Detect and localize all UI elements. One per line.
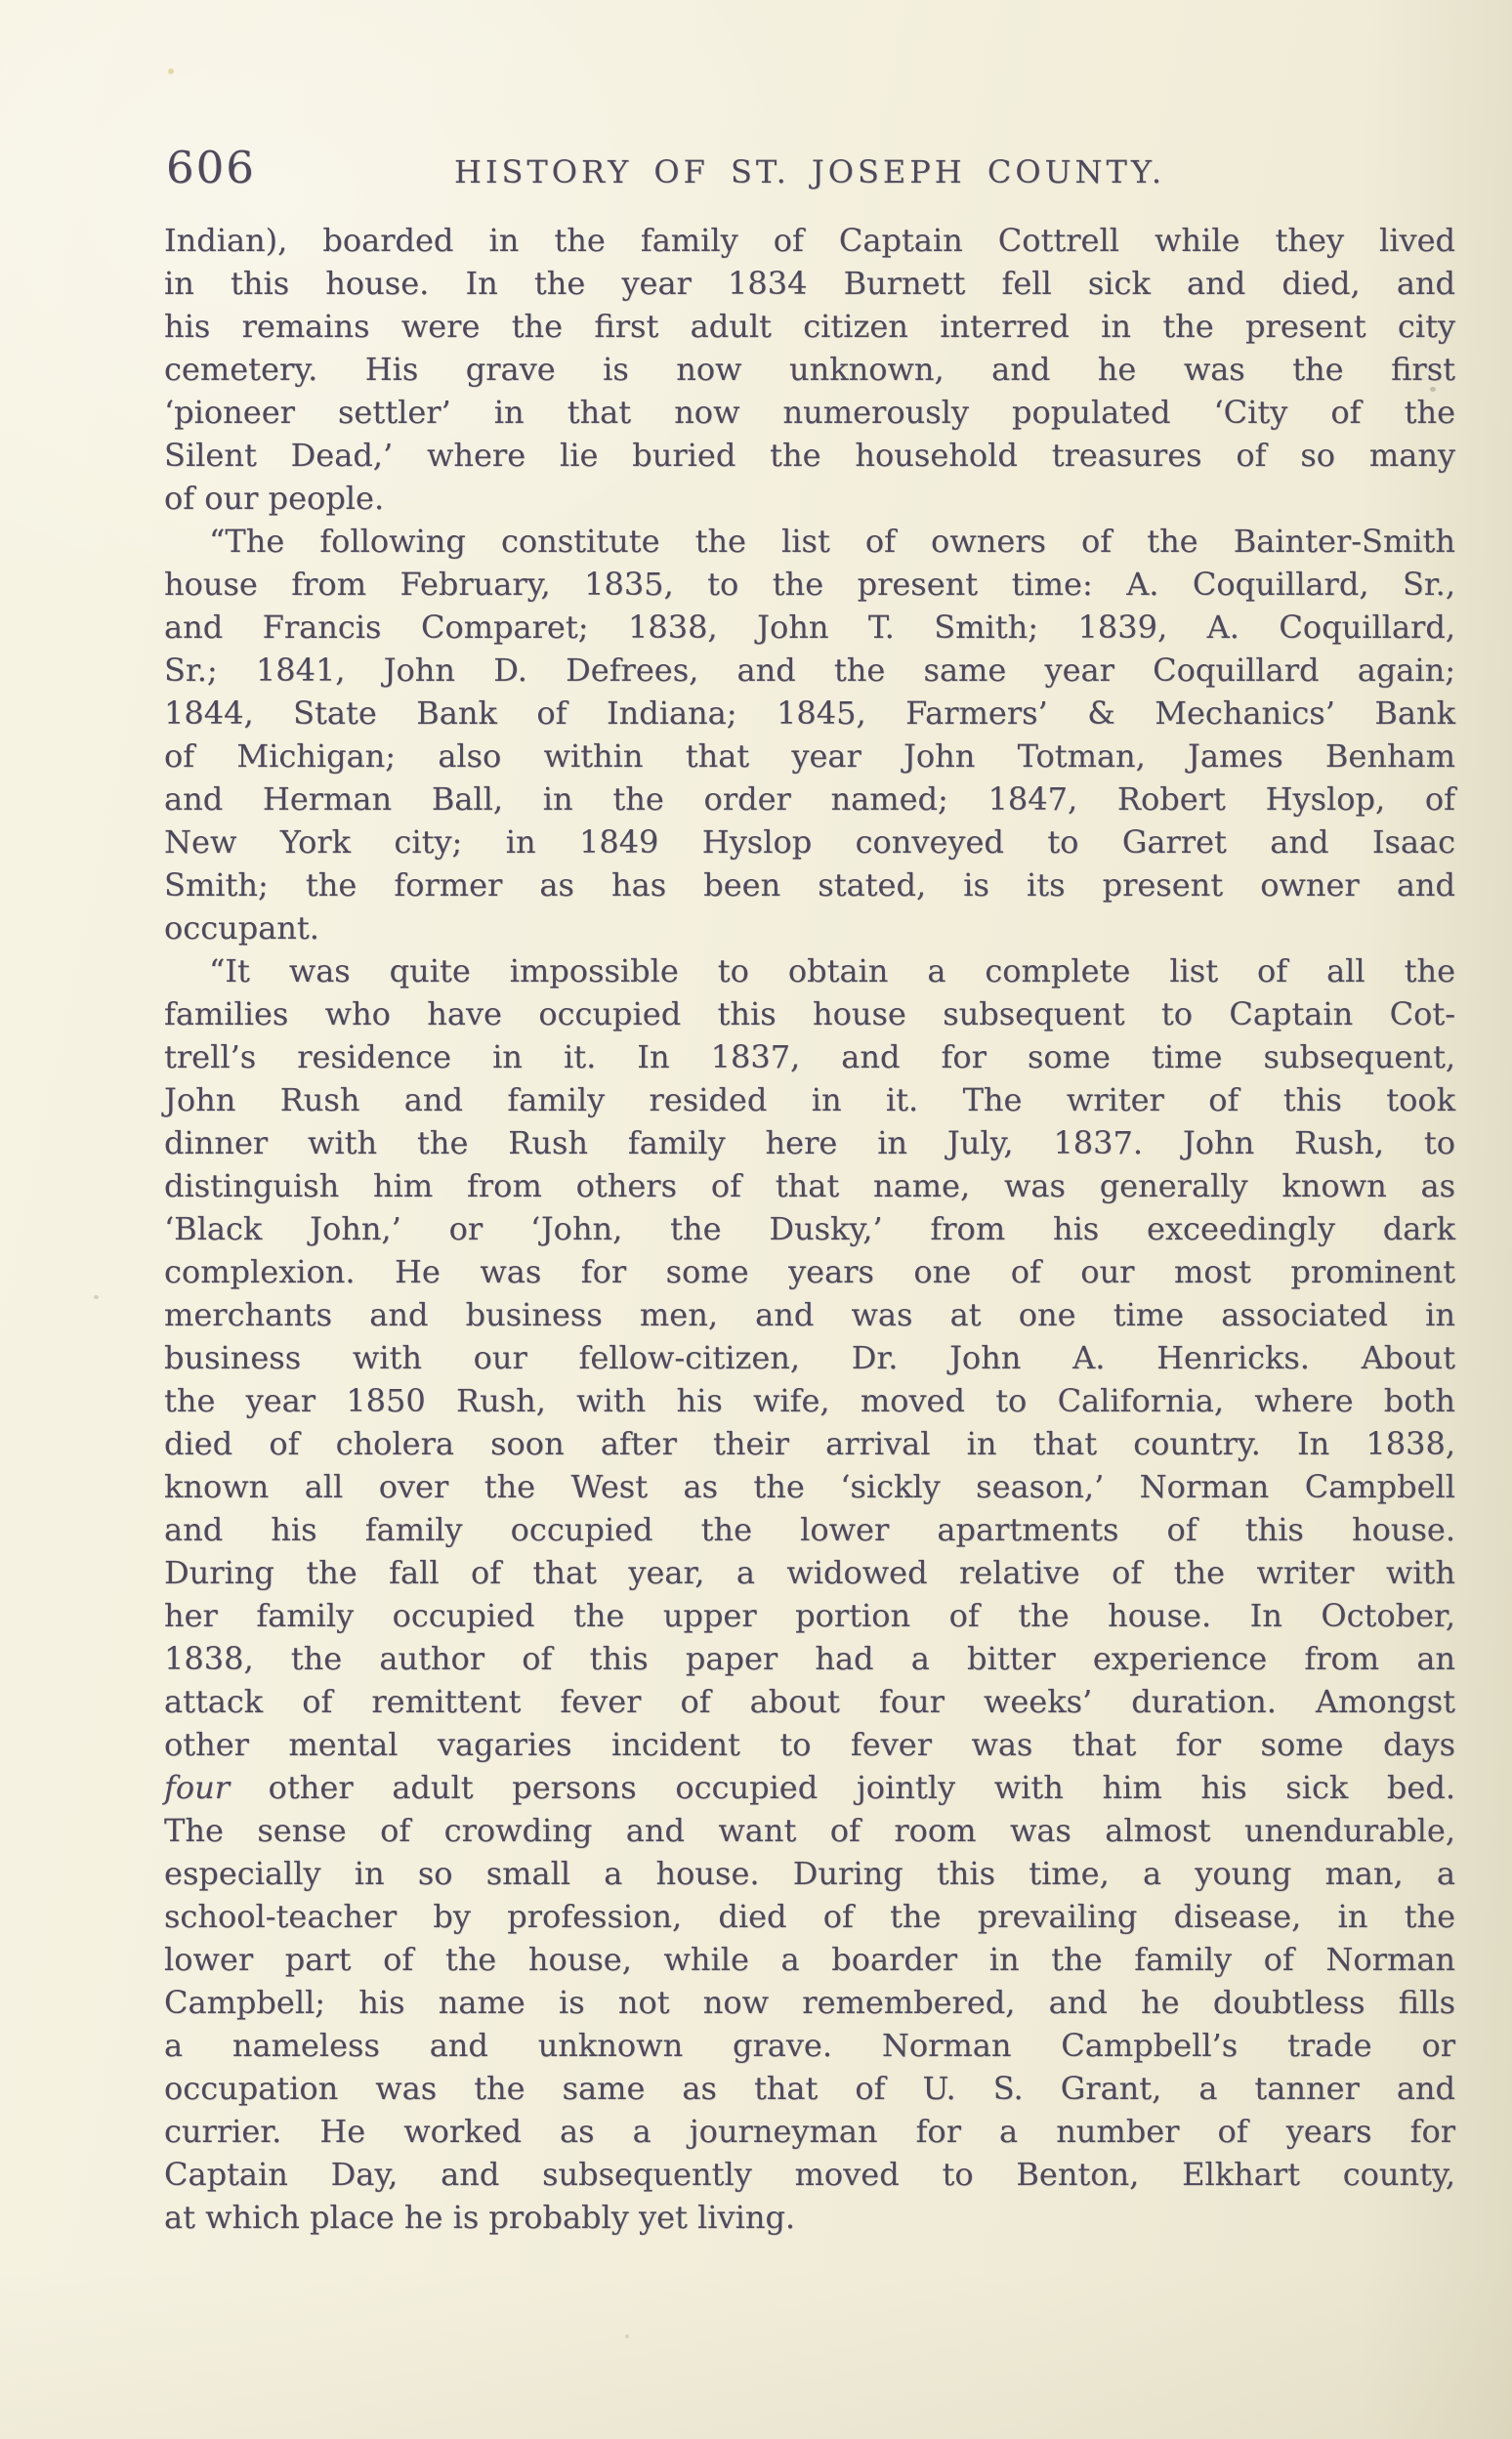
text-line: and his family occupied the lower apartm… [164, 1508, 1455, 1551]
page-text: Indian), boarded in the family of Captai… [164, 219, 1455, 2239]
text-line: four other adult persons occupied jointl… [164, 1766, 1455, 1809]
text-line: merchants and business men, and was at o… [164, 1293, 1455, 1336]
text-line: families who have occupied this house su… [164, 992, 1455, 1035]
text-line: 1844, State Bank of Indiana; 1845, Farme… [164, 692, 1455, 735]
text-line: complexion. He was for some years one of… [164, 1250, 1455, 1293]
text-line: The sense of crowding and want of room w… [164, 1809, 1455, 1852]
text-line: her family occupied the upper portion of… [164, 1594, 1455, 1637]
text-line: dinner with the Rush family here in July… [164, 1121, 1455, 1164]
text-line: of our people. [164, 477, 1455, 520]
text-line: “It was quite impossible to obtain a com… [164, 949, 1455, 992]
book-page: 606 HISTORY OF ST. JOSEPH COUNTY. Indian… [0, 0, 1512, 2439]
text-line: New York city; in 1849 Hyslop conveyed t… [164, 820, 1455, 863]
text-line: died of cholera soon after their arrival… [164, 1422, 1455, 1465]
page-header: 606 HISTORY OF ST. JOSEPH COUNTY. [164, 145, 1455, 195]
italic-word: four [164, 1769, 230, 1806]
text-line: Sr.; 1841, John D. Defrees, and the same… [164, 649, 1455, 692]
text-line: known all over the West as the ‘sickly s… [164, 1465, 1455, 1508]
text-line: Indian), boarded in the family of Captai… [164, 219, 1455, 262]
text-line: and Herman Ball, in the order named; 184… [164, 778, 1455, 820]
paper-speck [168, 68, 174, 74]
text-line: ‘Black John,’ or ‘John, the Dusky,’ from… [164, 1207, 1455, 1250]
text-line: During the fall of that year, a widowed … [164, 1551, 1455, 1594]
text-line: the year 1850 Rush, with his wife, moved… [164, 1379, 1455, 1422]
text-line: a nameless and unknown grave. Norman Cam… [164, 2024, 1455, 2067]
paper-speck [94, 1295, 99, 1299]
text-line: other mental vagaries incident to fever … [164, 1723, 1455, 1766]
text-line: lower part of the house, while a boarder… [164, 1938, 1455, 1981]
paper-speck [625, 2334, 629, 2338]
text-line: 1838, the author of this paper had a bit… [164, 1637, 1455, 1680]
text-line: in this house. In the year 1834 Burnett … [164, 262, 1455, 305]
text-run: other adult persons occupied jointly wit… [230, 1769, 1455, 1806]
text-line: of Michigan; also within that year John … [164, 735, 1455, 778]
text-line: and Francis Comparet; 1838, John T. Smit… [164, 606, 1455, 649]
text-line: occupation was the same as that of U. S.… [164, 2067, 1455, 2110]
text-line: house from February, 1835, to the presen… [164, 563, 1455, 606]
text-line: business with our fellow-citizen, Dr. Jo… [164, 1336, 1455, 1379]
text-line: distinguish him from others of that name… [164, 1164, 1455, 1207]
text-line: school-teacher by profession, died of th… [164, 1895, 1455, 1938]
text-line: currier. He worked as a journeyman for a… [164, 2110, 1455, 2153]
text-line: Silent Dead,’ where lie buried the house… [164, 434, 1455, 477]
text-line: ‘pioneer settler’ in that now numerously… [164, 391, 1455, 434]
text-line: attack of remittent fever of about four … [164, 1680, 1455, 1723]
text-line: Captain Day, and subsequently moved to B… [164, 2153, 1455, 2196]
text-line: “The following constitute the list of ow… [164, 520, 1455, 563]
running-title: HISTORY OF ST. JOSEPH COUNTY. [164, 152, 1455, 191]
text-line: especially in so small a house. During t… [164, 1852, 1455, 1895]
text-line: his remains were the first adult citizen… [164, 305, 1455, 348]
text-line: occupant. [164, 906, 1455, 949]
text-line: Campbell; his name is not now remembered… [164, 1981, 1455, 2024]
text-line: cemetery. His grave is now unknown, and … [164, 348, 1455, 391]
text-line: John Rush and family resided in it. The … [164, 1078, 1455, 1121]
text-line: at which place he is probably yet living… [164, 2196, 1455, 2239]
text-line: Smith; the former as has been stated, is… [164, 863, 1455, 906]
text-line: trell’s residence in it. In 1837, and fo… [164, 1035, 1455, 1078]
